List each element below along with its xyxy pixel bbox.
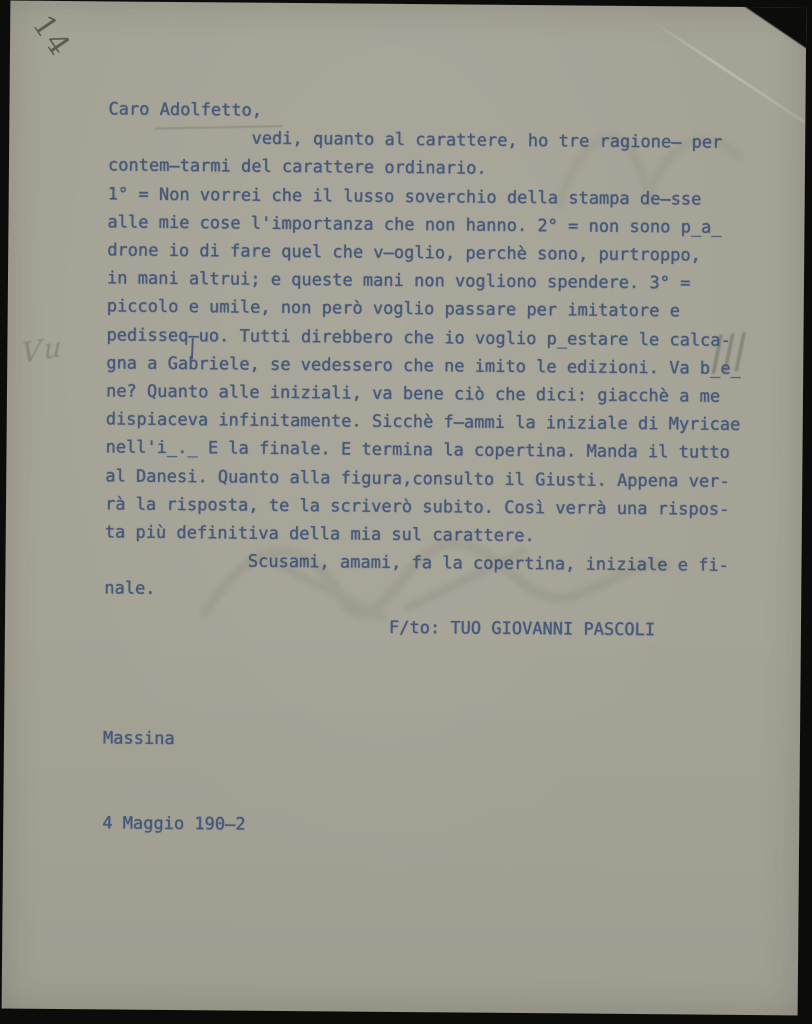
letter-body: Caro Adolfetto, vedi, quanto al caratter… — [104, 95, 743, 608]
signature-line: F/to: TUO GIOVANNI PASCOLI — [389, 614, 655, 645]
pencil-margin-note: Vu — [22, 329, 66, 370]
page-corner-fold — [742, 5, 806, 50]
letter-page: 14 Vu /// Caro Adolfetto, vedi, quanto a… — [2, 1, 807, 1016]
handwritten-page-number: 14 — [25, 9, 78, 64]
place-date-block: Massina 4 Maggio 190̶2 — [102, 668, 247, 895]
letter-line: nale. — [104, 575, 739, 609]
date-line: 4 Maggio 190̶2 — [102, 809, 246, 838]
place-line: Massina — [103, 725, 247, 754]
